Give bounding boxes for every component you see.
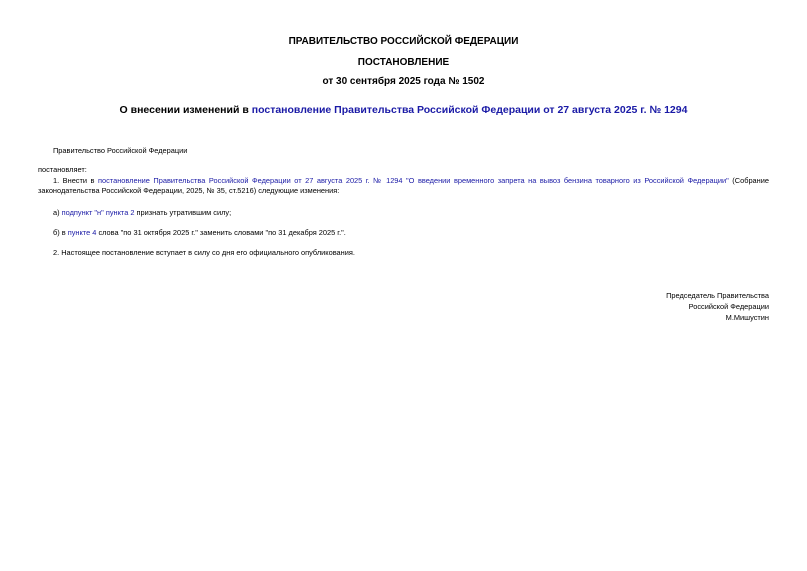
item-1-prefix: 1. Внести в	[38, 176, 98, 185]
paragraph-4-link[interactable]: пункте 4	[68, 228, 97, 237]
paragraph-2-link[interactable]: пункта 2	[106, 208, 135, 217]
item-1-continuation: законодательства Российской Федерации, 2…	[38, 186, 339, 196]
document-title: О внесении изменений в постановление Пра…	[0, 104, 807, 116]
signature-name: М.Мишустин	[666, 312, 769, 323]
item-1: 1. Внести в постановление Правительства …	[38, 176, 769, 186]
item-1-suffix: (Собрание	[729, 176, 769, 185]
title-prefix: О внесении изменений в	[120, 104, 252, 116]
authority-heading: ПРАВИТЕЛЬСТВО РОССИЙСКОЙ ФЕДЕРАЦИИ	[0, 36, 807, 47]
title-amended-decree-link[interactable]: постановление Правительства Российской Ф…	[252, 104, 688, 116]
signature-block: Председатель Правительства Российской Фе…	[666, 290, 769, 323]
subparagraph-n-link[interactable]: подпункт "н"	[62, 208, 104, 217]
document-type: ПОСТАНОВЛЕНИЕ	[0, 57, 807, 68]
item-a-suffix: признать утратившим силу;	[134, 208, 231, 217]
item-b-suffix: слова "по 31 октября 2025 г." заменить с…	[96, 228, 345, 237]
issuer: Правительство Российской Федерации	[53, 146, 187, 156]
item-b: б) в пункте 4 слова "по 31 октября 2025 …	[53, 228, 346, 238]
item-b-prefix: б) в	[53, 228, 68, 237]
item-a: а) подпункт "н" пункта 2 признать утрати…	[53, 208, 231, 218]
document-date-number: от 30 сентября 2025 года № 1502	[0, 76, 807, 87]
signature-title: Председатель Правительства	[666, 290, 769, 301]
decrees-word: постановляет:	[38, 165, 87, 175]
item-a-prefix: а)	[53, 208, 62, 217]
amended-decree-link[interactable]: постановление Правительства Российской Ф…	[98, 176, 729, 185]
signature-organization: Российской Федерации	[666, 301, 769, 312]
item-2: 2. Настоящее постановление вступает в си…	[53, 248, 355, 258]
